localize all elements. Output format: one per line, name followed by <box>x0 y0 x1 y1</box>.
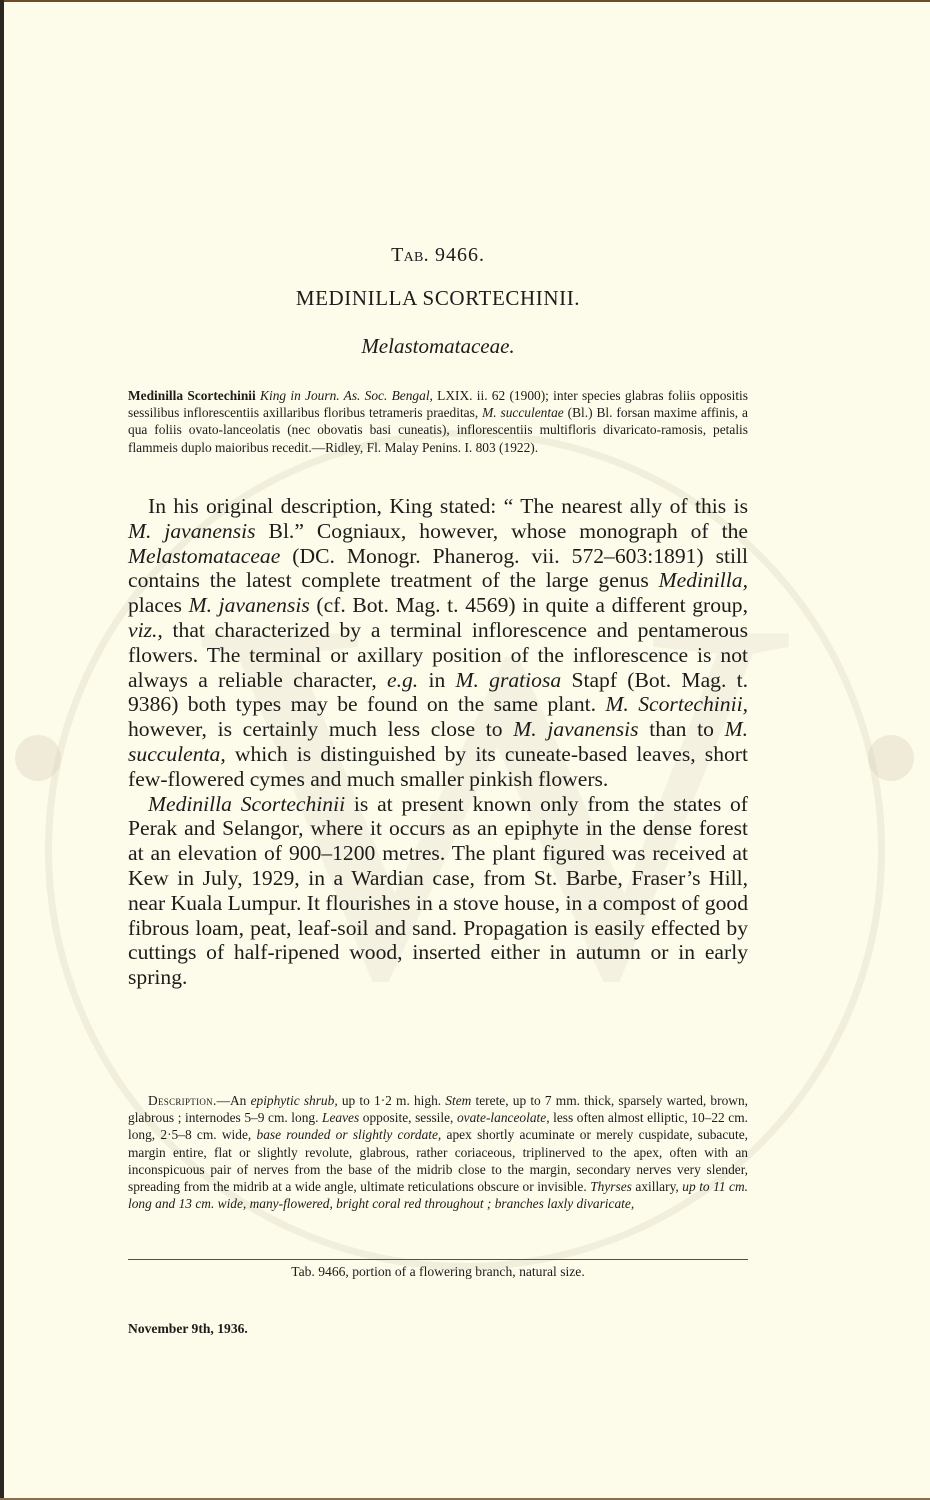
text-span: in <box>418 668 455 692</box>
plate-prefix: Tab. <box>391 244 429 266</box>
text-span: up to 1·2 m. high. <box>338 1093 446 1108</box>
diagnosis-authority: King in Journ. As. Soc. Bengal, <box>260 388 433 403</box>
family-name: Melastomataceae. <box>128 334 748 359</box>
description-heading: Description. <box>148 1093 217 1108</box>
italic-span: Leaves <box>322 1110 359 1125</box>
text-span: axillary, <box>632 1179 682 1194</box>
publication-date: November 9th, 1936. <box>128 1321 248 1337</box>
text-span: —An <box>217 1093 251 1108</box>
italic-span: viz., <box>128 618 163 642</box>
italic-span: Melastomataceae <box>128 544 280 568</box>
diagnosis-compared-species: M. succulentae <box>482 405 564 420</box>
text-span: is at present known only from the states… <box>128 792 748 990</box>
botanical-description: Description.—An epiphytic shrub, up to 1… <box>128 1092 748 1212</box>
italic-span: M. gratiosa <box>456 668 562 692</box>
text-span: In his original description, King stated… <box>148 494 748 518</box>
text-span: opposite, sessile, <box>359 1110 457 1125</box>
plate-number-value: 9466. <box>435 244 485 266</box>
italic-span: ovate-lanceolate, <box>457 1110 550 1125</box>
italic-span: Medinilla, <box>659 568 748 592</box>
page-top-edge <box>0 0 930 2</box>
italic-span: M. javanensis <box>513 717 638 741</box>
italic-span: e.g. <box>387 668 418 692</box>
latin-diagnosis: Medinilla Scortechinii King in Journ. As… <box>128 387 748 456</box>
description-lead: Description.—An epiphytic shrub, up to 1… <box>128 1092 748 1212</box>
watermark-dot-right <box>868 735 914 781</box>
italic-span: Medinilla Scortechinii <box>148 792 345 816</box>
horizontal-rule <box>128 1259 748 1260</box>
italic-span: epiphytic shrub, <box>251 1093 338 1108</box>
plate-number: Tab. 9466. <box>128 244 748 267</box>
body-paragraph-2: Medinilla Scortechinii is at present kno… <box>128 792 748 990</box>
italic-span: Thyrses <box>590 1179 632 1194</box>
body-text: In his original description, King stated… <box>128 494 748 990</box>
text-span: Bl.” Cogniaux, however, whose monograph … <box>256 519 748 543</box>
italic-span: base rounded or slightly cordate, <box>257 1127 442 1142</box>
species-title: MEDINILLA SCORTECHINII. <box>128 286 748 311</box>
italic-span: M. Scortechinii, <box>605 692 748 716</box>
body-paragraph-1: In his original description, King stated… <box>128 494 748 792</box>
watermark-dot-left <box>15 735 61 781</box>
italic-span: M. javanensis <box>189 593 310 617</box>
page-left-edge <box>0 0 4 1500</box>
diagnosis-species-name: Medinilla Scortechinii <box>128 388 256 403</box>
text-span: than to <box>639 717 725 741</box>
italic-span: Stem <box>445 1093 471 1108</box>
italic-span: M. javanensis <box>128 519 256 543</box>
text-span: (cf. Bot. Mag. t. 4569) in quite a diffe… <box>310 593 748 617</box>
text-span: places <box>128 593 189 617</box>
plate-caption: Tab. 9466, portion of a flowering branch… <box>128 1264 748 1280</box>
text-span: however, is certainly much less close to <box>128 717 513 741</box>
